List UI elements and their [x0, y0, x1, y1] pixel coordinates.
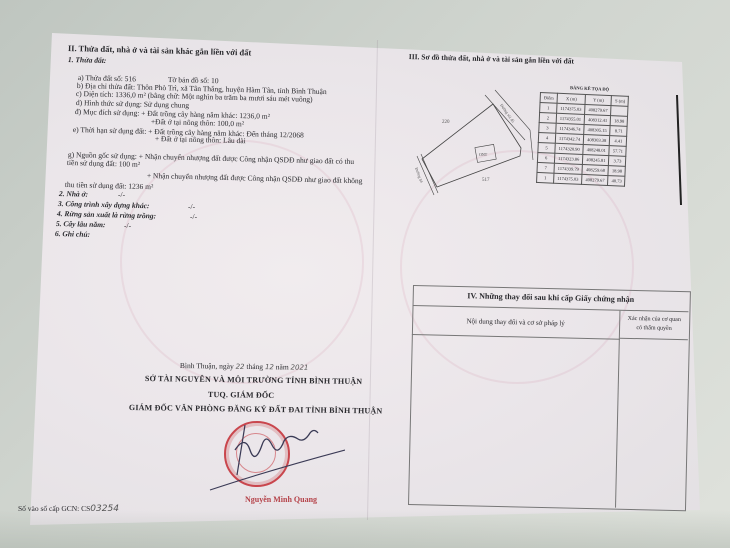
pen-on-paper: [675, 95, 687, 205]
changes-col-confirm: Xác nhận của cơ quan có thẩm quyền: [620, 311, 689, 341]
parcel-subtitle: 1. Thửa đất:: [68, 55, 107, 65]
coord-cell: 1: [537, 172, 554, 183]
item-house-label: 2. Nhà ở:: [59, 189, 88, 199]
coord-cell: 1174375.03: [554, 173, 583, 184]
item-construction-value: -/-: [188, 202, 195, 211]
date-month-label: tháng: [246, 362, 263, 371]
signer-name: Nguyễn Minh Quang: [245, 495, 317, 504]
usage-origin-2: tiền sử dụng đất: 100 m²: [67, 158, 140, 169]
date-year: 2021: [291, 364, 309, 372]
date-day: 22: [236, 363, 245, 371]
date-line: Bình Thuận, ngày 22 tháng 12 năm 2021: [180, 361, 309, 373]
bottom-shadow: [0, 510, 730, 548]
changes-col-confirm-l2: có thẩm quyền: [620, 324, 688, 335]
item-perennial-value: -/-: [124, 221, 131, 230]
item-forest-value: -/-: [190, 212, 197, 221]
coord-cell: 40.73: [608, 176, 626, 187]
changes-table: IV. Những thay đổi sau khi cấp Giấy chứn…: [408, 285, 693, 513]
neighbor-220: 220: [442, 120, 450, 125]
item-perennial-label: 5. Cây lâu năm:: [56, 219, 106, 229]
item-house-value: -/-: [118, 190, 125, 199]
date-prefix: Bình Thuận, ngày: [180, 361, 234, 371]
on-behalf-label: TUQ. GIÁM ĐỐC: [208, 390, 275, 400]
parcel-sketch: ONT 220 517 Đường sỏi đỏ Đường bê: [400, 80, 540, 210]
changes-col-content: Nội dung thay đổi và cơ sở pháp lý: [412, 306, 621, 340]
item-notes-label: 6. Ghi chú:: [55, 229, 90, 239]
handwritten-signature: [205, 415, 345, 495]
coord-table: ĐiểmX (m)Y (m)S (m) 11174375.03408279.67…: [536, 92, 629, 187]
house-label: ONT: [479, 152, 488, 157]
date-month: 12: [265, 363, 274, 371]
date-year-label: năm: [276, 362, 289, 371]
coord-cell: 408279.67: [582, 174, 609, 185]
neighbor-517: 517: [482, 178, 490, 183]
